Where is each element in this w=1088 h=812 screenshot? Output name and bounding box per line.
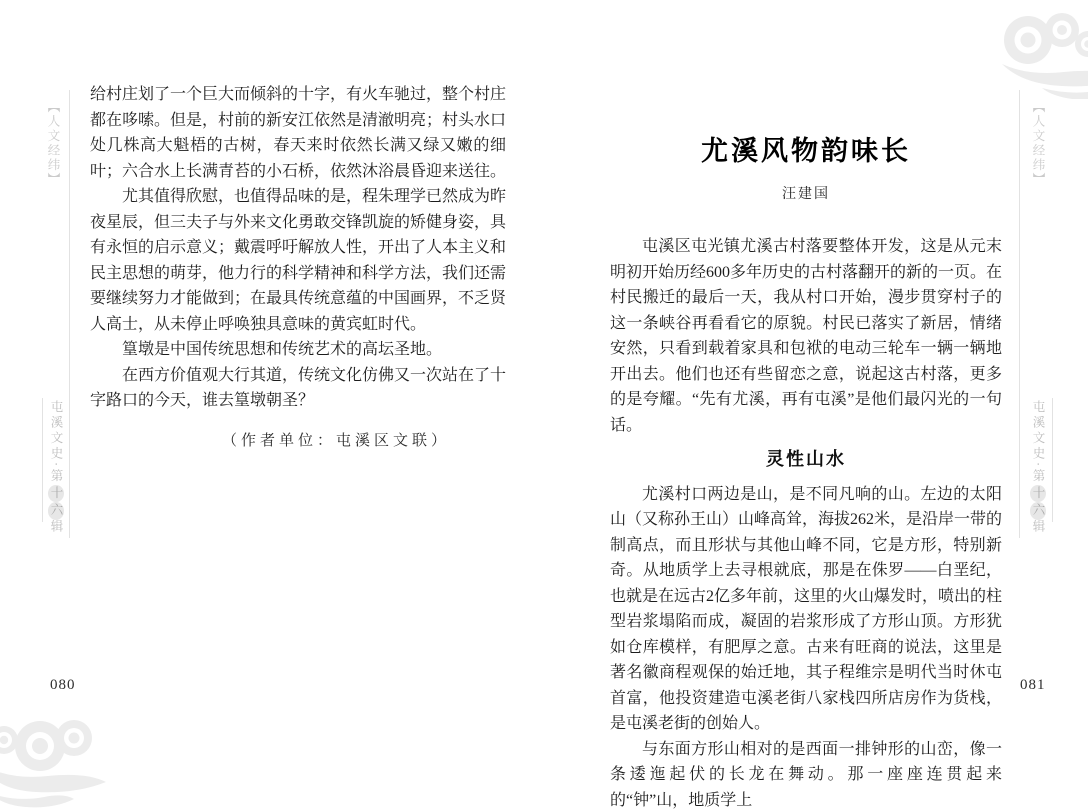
- right-page-body: 尤溪风物韵味长 汪建国 屯溪区屯光镇尤溪古村落要整体开发，这是从元末明初开始历经…: [610, 139, 1002, 812]
- volume-rule-right: [1052, 398, 1053, 522]
- paragraph: 屯溪区屯光镇尤溪古村落要整体开发，这是从元末明初开始历经600多年历史的古村落翻…: [610, 234, 1002, 438]
- page-number-right: 081: [1020, 677, 1046, 694]
- cloud-motif-icon: [984, 4, 1088, 99]
- volume-text: 屯溪文史: [49, 400, 63, 462]
- volume-circled-char: 十: [1030, 485, 1046, 503]
- volume-rule-left: [42, 398, 43, 522]
- cloud-motif-icon: [0, 708, 142, 808]
- volume-circled-char: 六: [1030, 502, 1046, 520]
- volume-circled-char: 十: [48, 485, 64, 503]
- paragraph: 与东面方形山相对的是西面一排钟形的山峦，像一条逶迤起伏的长龙在舞动。那一座座连贯…: [610, 737, 1002, 812]
- margin-rule-right: [1019, 90, 1020, 538]
- volume-label-right: 屯溪文史·第十六辑: [1029, 400, 1047, 535]
- left-page-body: 给村庄划了一个巨大而倾斜的十字，有火车驰过，整个村庄都在哆嗦。但是，村前的新安江…: [90, 82, 506, 454]
- section-heading: 灵性山水: [610, 447, 1002, 473]
- paragraph: 给村庄划了一个巨大而倾斜的十字，有火车驰过，整个村庄都在哆嗦。但是，村前的新安江…: [90, 82, 506, 184]
- paragraph: 篁墩是中国传统思想和传统艺术的高坛圣地。: [90, 337, 506, 363]
- paragraph: 尤其值得欣慰，也值得品味的是，程朱理学已然成为昨夜星辰，但三夫子与外来文化勇敢交…: [90, 184, 506, 337]
- margin-rule-left: [69, 90, 70, 538]
- volume-text: 第: [49, 469, 63, 485]
- volume-text: 辑: [49, 520, 63, 536]
- page-number-left: 080: [50, 677, 76, 694]
- article-title: 尤溪风物韵味长: [610, 139, 1002, 165]
- article-author: 汪建国: [610, 182, 1002, 208]
- series-label-right: 【人文经纬】: [1029, 100, 1047, 187]
- book-spread: 【人文经纬】 【人文经纬】 屯溪文史·第十六辑 屯溪文史·第十六辑 给村庄划了一…: [0, 0, 1088, 812]
- paragraph: 在西方价值观大行其道，传统文化仿佛又一次站在了十字路口的今天，谁去篁墩朝圣？: [90, 363, 506, 414]
- series-label-left: 【人文经纬】: [44, 100, 62, 187]
- author-affiliation: （作者单位：屯溪区文联）: [90, 429, 506, 455]
- volume-circled-char: 六: [48, 502, 64, 520]
- volume-text: 屯溪文史: [1031, 400, 1045, 462]
- volume-text: 第: [1031, 469, 1045, 485]
- volume-text: 辑: [1031, 520, 1045, 536]
- volume-label-left: 屯溪文史·第十六辑: [47, 400, 65, 535]
- paragraph: 尤溪村口两边是山，是不同凡响的山。左边的太阳山（又称孙王山）山峰高耸，海拔262…: [610, 482, 1002, 737]
